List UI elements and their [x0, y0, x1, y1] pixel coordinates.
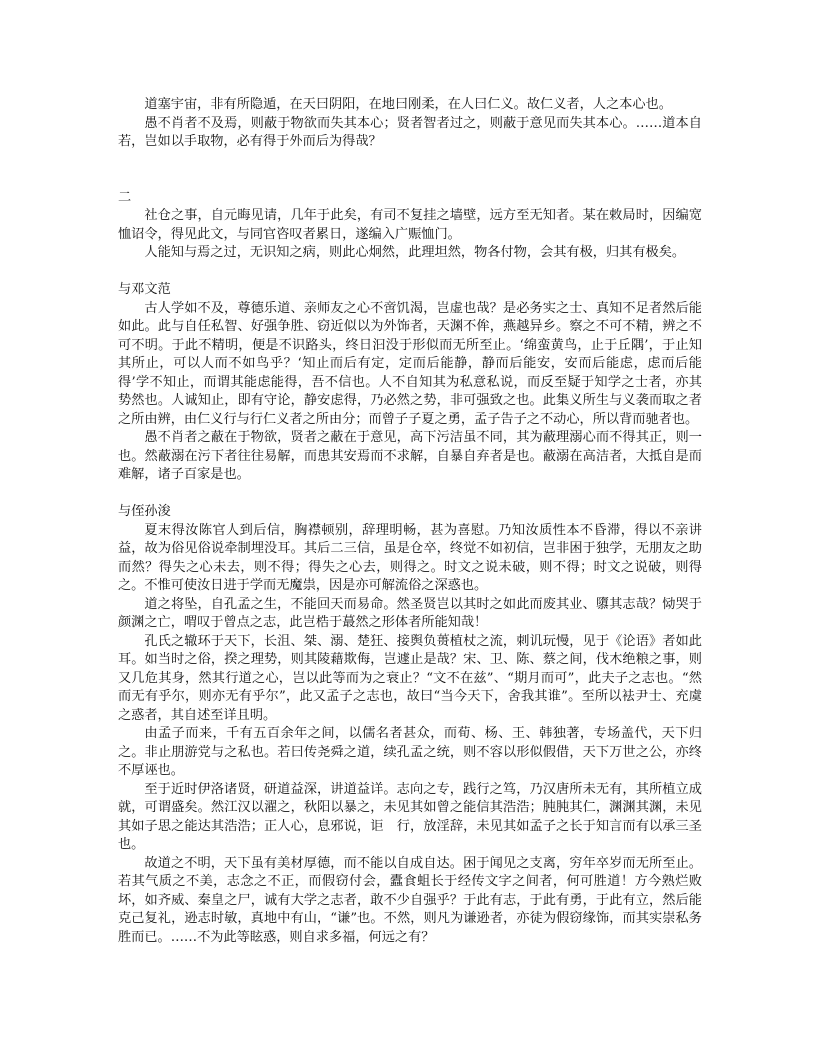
section-letter-grandnephew-jun: 与侄孙浚 夏末得汝陈官人到后信，胸襟顿别，辞理明畅，甚为喜慰。乃知汝质性本不昏滞…	[118, 503, 702, 947]
paragraph: 由孟子而来，千有五百余年之间，以儒名者甚众，而荀、杨、王、韩独著，专场盖代，天下…	[118, 725, 702, 781]
paragraph: 道塞宇宙，非有所隐遁，在天曰阴阳，在地曰刚柔，在人曰仁义。故仁义者，人之本心也。	[118, 96, 702, 115]
spacer	[118, 170, 702, 189]
section-heading: 二	[118, 189, 702, 208]
section-letter-deng-wenfan: 与邓文范 古人学如不及，尊德乐道、亲师友之心不啻饥渴，岂虚也哉？是必务实之士、真…	[118, 281, 702, 485]
section-heading: 与侄孙浚	[118, 503, 702, 522]
section-opening: 道塞宇宙，非有所隐遁，在天曰阴阳，在地曰刚柔，在人曰仁义。故仁义者，人之本心也。…	[118, 96, 702, 152]
section-two: 二 社仓之事，自元晦见请，几年于此矣，有司不复挂之墙壁，远方至无知者。某在敕局时…	[118, 189, 702, 263]
spacer	[118, 263, 702, 282]
paragraph: 夏末得汝陈官人到后信，胸襟顿别，辞理明畅，甚为喜慰。乃知汝质性本不昏滞，得以不亲…	[118, 522, 702, 596]
paragraph: 古人学如不及，尊德乐道、亲师友之心不啻饥渴，岂虚也哉？是必务实之士、真知不足者然…	[118, 300, 702, 430]
paragraph: 故道之不明，天下虽有美材厚德，而不能以自成自达。困于闻见之支离，穷年卒岁而无所至…	[118, 855, 702, 948]
paragraph: 孔氏之辙环于天下，长沮、桀、溺、楚狂、接舆负蒉植杖之流，刺讥玩慢，见于《论语》者…	[118, 633, 702, 726]
spacer	[118, 485, 702, 504]
paragraph: 人能知与焉之过，无识知之病，则此心炯然，此理坦然，物各付物，会其有极，归其有极矣…	[118, 244, 702, 263]
paragraph: 愚不肖者不及焉，则蔽于物欲而失其本心；贤者智者过之，则蔽于意见而失其本心。……道…	[118, 115, 702, 152]
document-page: 道塞宇宙，非有所隐遁，在天曰阴阳，在地曰刚柔，在人曰仁义。故仁义者，人之本心也。…	[118, 96, 702, 947]
spacer	[118, 152, 702, 171]
section-heading: 与邓文范	[118, 281, 702, 300]
paragraph: 至于近时伊洛诸贤，研道益深，讲道益详。志向之专，践行之笃，乃汉唐所未无有，其所植…	[118, 781, 702, 855]
paragraph: 道之将坠，自孔孟之生，不能回天而易命。然圣贤岂以其时之如此而废其业、隳其志哉？恸…	[118, 596, 702, 633]
paragraph: 社仓之事，自元晦见请，几年于此矣，有司不复挂之墙壁，远方至无知者。某在敕局时，因…	[118, 207, 702, 244]
paragraph: 愚不肖者之蔽在于物欲，贤者之蔽在于意见，高下污洁虽不同，其为蔽理溺心而不得其正，…	[118, 429, 702, 485]
